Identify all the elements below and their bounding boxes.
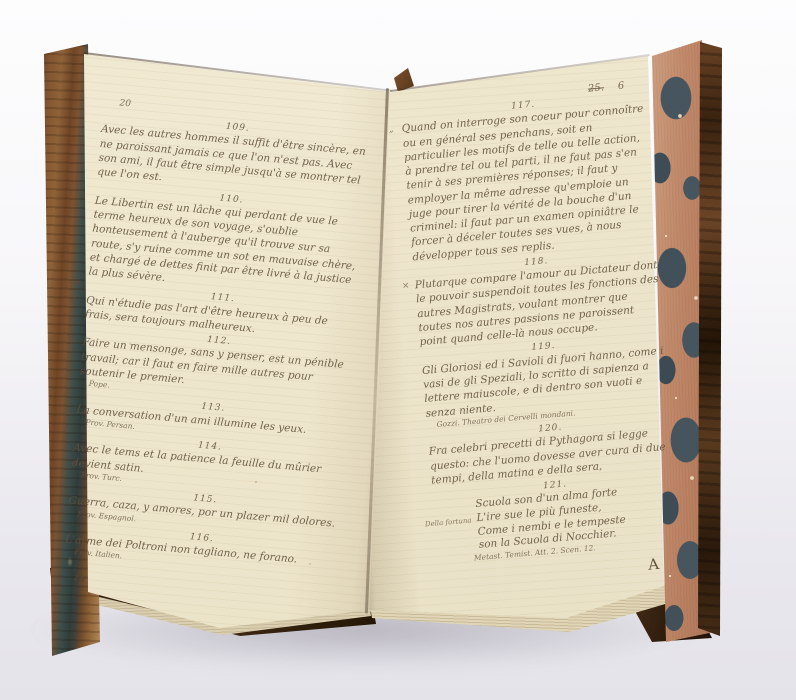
manuscript-entry-117: 117. „Quand on interroge son coeur pour … <box>400 90 658 264</box>
entry-text: „Quand on interroge son coeur pour conno… <box>401 102 658 265</box>
margin-mark: ⟨ <box>73 293 78 305</box>
manuscript-entry-110: 110. Le Libertin est un lâche qui perdan… <box>88 182 367 302</box>
book-photograph: 20 109. Avec les autres hommes il suffit… <box>0 0 796 700</box>
margin-mark: – <box>63 402 69 415</box>
right-page-text: 117. „Quand on interroge son coeur pour … <box>400 87 686 592</box>
left-page-text: 20 109. Avec les autres hommes il suffit… <box>61 96 375 609</box>
margin-mark: × <box>69 335 78 348</box>
entry-text-content: Quand on interroge son coeur pour connoî… <box>401 103 644 263</box>
right-leather-edge <box>694 34 734 650</box>
margin-mark: × <box>401 280 410 293</box>
margin-mark: „ <box>388 124 394 137</box>
manuscript-entry-121: 121. Della fortuna Scuola son d'un alma … <box>432 470 683 566</box>
